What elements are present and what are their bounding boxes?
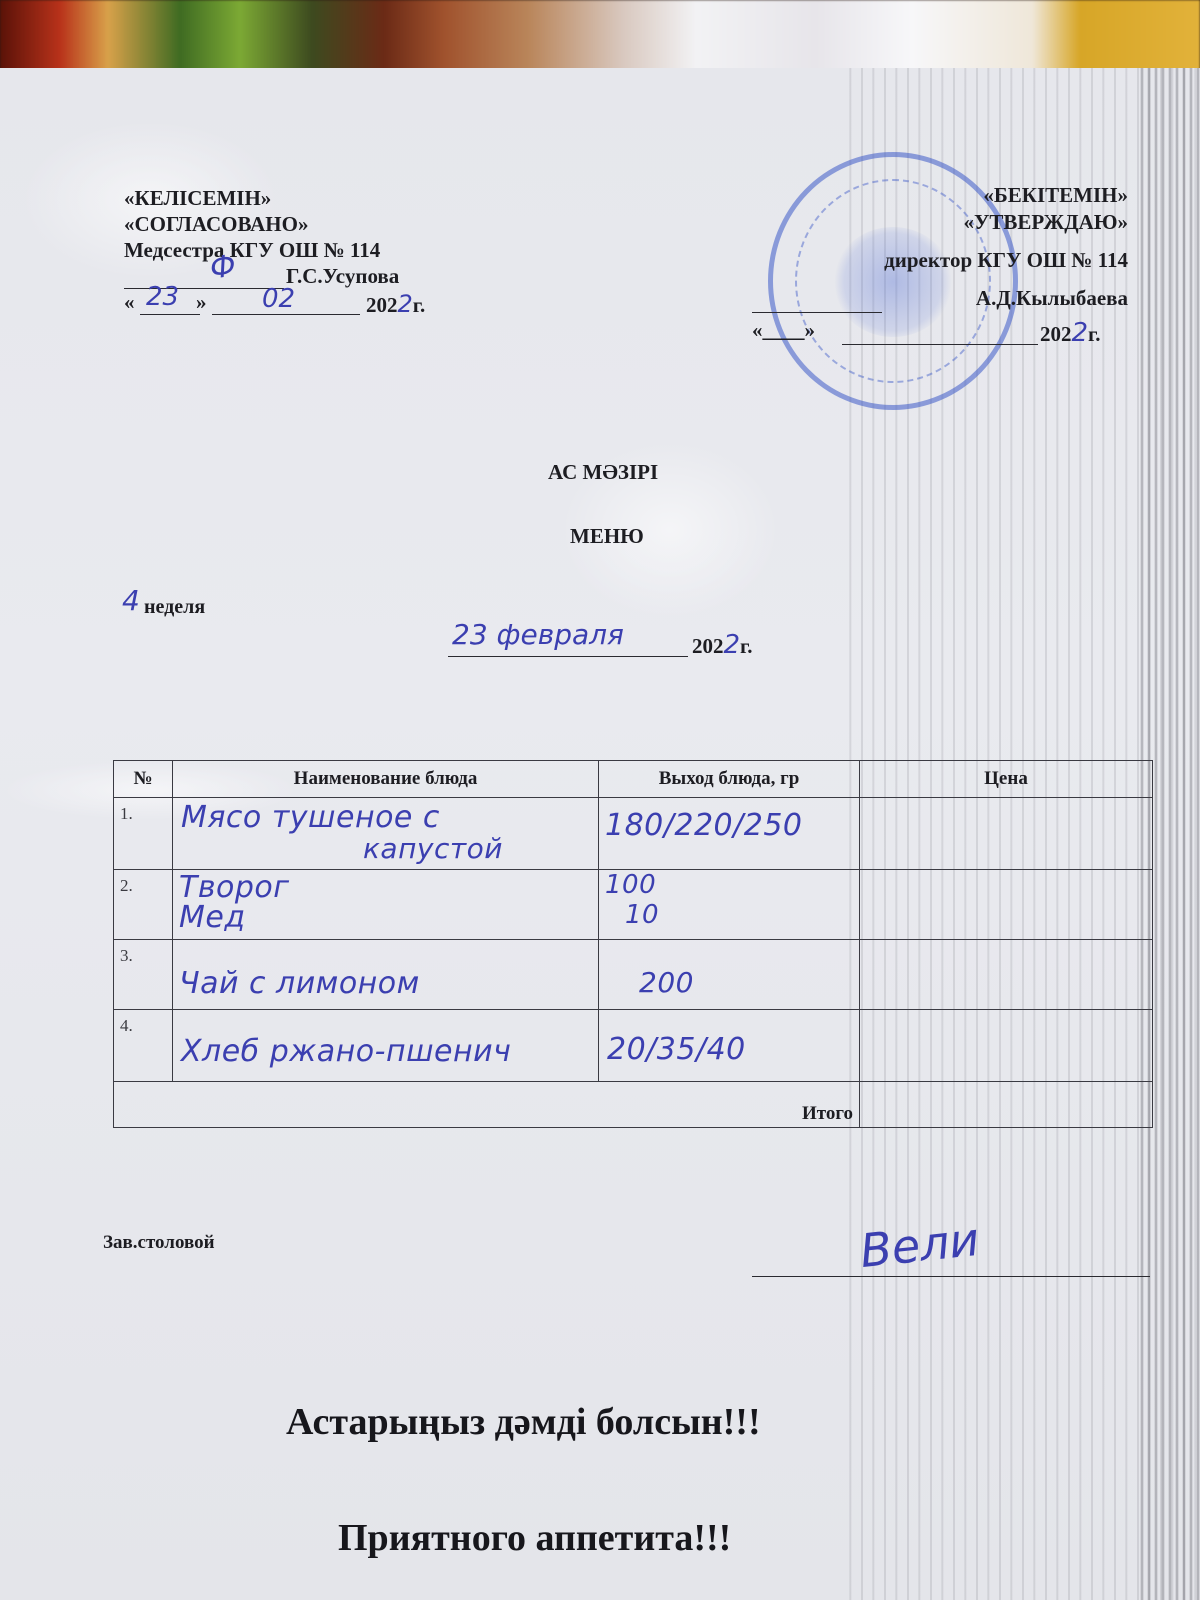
agreed-ru: «СОГЛАСОВАНО» (124, 212, 308, 237)
col-number: № (114, 761, 173, 798)
col-yield: Выход блюда, гр (599, 761, 860, 798)
dish-yield: 100 10 (599, 870, 860, 940)
yield-line1: 180/220/250 (605, 808, 803, 843)
row-number: 2. (114, 870, 173, 940)
dish-name: Хлеб ржано-пшенич (173, 1010, 599, 1082)
total-label: Итого (114, 1082, 860, 1128)
dish-price (860, 798, 1153, 870)
dish-name-line1: Чай с лимоном (179, 966, 420, 1001)
menu-year: 2022г. (692, 630, 752, 660)
nurse-signature: Ф (208, 248, 238, 286)
director-name: А.Д.Кылыбаева (976, 286, 1128, 311)
nurse-position: Медсестра КГУ ОШ № 114 (124, 238, 380, 263)
canteen-head-label: Зав.столовой (103, 1232, 215, 1254)
date-day-line (140, 314, 200, 315)
director-date-line (842, 344, 1038, 345)
director-year: 2022г. (1040, 318, 1100, 348)
agreed-kz: «КЕЛІСЕМІН» (124, 186, 271, 211)
date-month-line (212, 314, 360, 315)
menu-date-line (448, 656, 688, 657)
table-row: 1. Мясо тушеное с капустой 180/220/250 (114, 798, 1153, 870)
dish-name-line2: Мед (179, 900, 246, 935)
dish-name-line1: Хлеб ржано-пшенич (181, 1034, 511, 1069)
row-number: 3. (114, 940, 173, 1010)
row-number: 1. (114, 798, 173, 870)
menu-date: 23 февраля (452, 618, 624, 651)
dish-name-line1: Мясо тушеное с (181, 800, 440, 835)
yield-line2: 10 (625, 900, 659, 930)
total-value (860, 1082, 1153, 1128)
date-month: 02 (262, 284, 295, 314)
yield-line1: 200 (639, 966, 694, 999)
approved-kz: «БЕКІТЕМІН» (983, 183, 1128, 208)
title-kz: АС МӘЗІРІ (548, 460, 658, 485)
dish-price (860, 1010, 1153, 1082)
nurse-name: Г.С.Усупова (286, 264, 399, 289)
col-dish-name: Наименование блюда (173, 761, 599, 798)
year-printed: 2022г. (366, 290, 425, 318)
dish-name: Творог Мед (173, 870, 599, 940)
table-row: 2. Творог Мед 100 10 (114, 870, 1153, 940)
date-day: 23 (146, 282, 179, 312)
dish-price (860, 870, 1153, 940)
director-date-day: «____» (752, 318, 815, 343)
date-close-quote: » (196, 290, 207, 315)
dish-yield: 180/220/250 (599, 798, 860, 870)
menu-table: № Наименование блюда Выход блюда, гр Цен… (113, 760, 1153, 1128)
title-ru: МЕНЮ (570, 524, 644, 549)
dish-price (860, 940, 1153, 1010)
canteen-head-signature-line (752, 1276, 1150, 1277)
yield-line1: 100 (605, 870, 656, 900)
dish-name-line2: капустой (363, 832, 503, 865)
dish-name: Мясо тушеное с капустой (173, 798, 599, 870)
yield-line1: 20/35/40 (607, 1032, 746, 1067)
row-number: 4. (114, 1010, 173, 1082)
approved-ru: «УТВЕРЖДАЮ» (963, 210, 1128, 235)
week-number: 4 (122, 584, 140, 617)
table-row: 4. Хлеб ржано-пшенич 20/35/40 (114, 1010, 1153, 1082)
table-header-row: № Наименование блюда Выход блюда, гр Цен… (114, 761, 1153, 798)
col-price: Цена (860, 761, 1153, 798)
table-row: 3. Чай с лимоном 200 (114, 940, 1153, 1010)
table-total-row: Итого (114, 1082, 1153, 1128)
dish-yield: 200 (599, 940, 860, 1010)
wish-kz: Астарыңыз дәмді болсын!!! (286, 1400, 761, 1444)
date-open-quote: « (124, 290, 135, 315)
wish-ru: Приятного аппетита!!! (338, 1516, 731, 1560)
director-signature-line (752, 312, 882, 313)
dish-yield: 20/35/40 (599, 1010, 860, 1082)
dish-name: Чай с лимоном (173, 940, 599, 1010)
director-position: директор КГУ ОШ № 114 (884, 248, 1128, 273)
week-label: неделя (144, 596, 205, 619)
